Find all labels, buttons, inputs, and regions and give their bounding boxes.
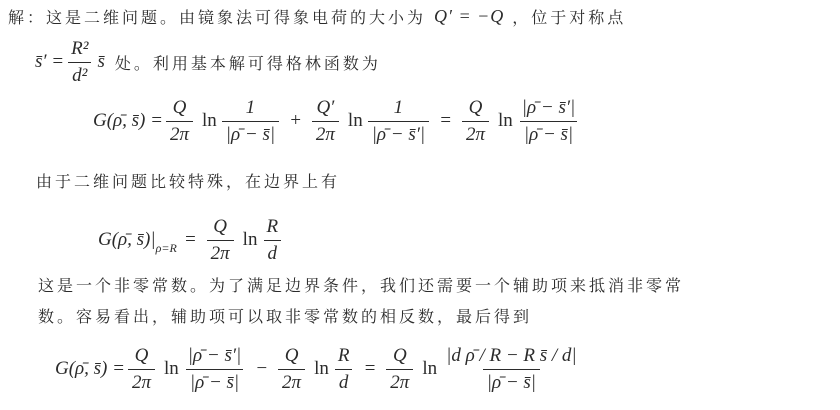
intro-text-suffix: ，位于对称点	[512, 5, 626, 28]
fraction-numerator: Q	[209, 216, 231, 240]
fraction-R2-over-d2: R² d²	[67, 38, 92, 87]
fraction-Q-over-2pi: Q 2π	[278, 345, 305, 394]
green-lhs: G(ρ̄, s̄) =	[93, 110, 163, 132]
fraction-numerator: R	[262, 216, 282, 240]
equals-operator: =	[184, 229, 197, 251]
fraction-numerator: |ρ̄ − s̄′|	[518, 97, 579, 121]
boundary-lhs-group: G(ρ̄, s̄)| ρ=R	[98, 229, 177, 251]
fraction-numerator: 1	[390, 97, 408, 121]
ln-operator: ln	[202, 110, 217, 132]
fraction-numerator: Q	[131, 345, 153, 369]
final-lhs: G(ρ̄, s̄) =	[55, 358, 125, 380]
sbar-prime-equals: s̄′ =	[35, 51, 64, 73]
paragraph-intro: 解：这是二维问题。由镜象法可得象电荷的大小为 Q′ = −Q ，位于对称点	[8, 5, 626, 28]
fraction-numerator: |ρ̄ − s̄′|	[184, 345, 245, 369]
paragraph-boundary: 由于二维问题比较特殊，在边界上有	[36, 169, 340, 192]
fraction-numerator: R	[334, 345, 354, 369]
fraction-denominator: 2π	[312, 121, 339, 146]
fraction-denominator: 2π	[128, 369, 155, 394]
fraction-numerator: Q	[281, 345, 303, 369]
fraction-final-result: |d ρ̄ / R − R s̄ / d| |ρ̄ − s̄|	[442, 345, 581, 394]
fraction-Q-over-2pi: Q 2π	[462, 97, 489, 146]
paragraph-auxiliary: 这是一个非零常数。为了满足边界条件，我们还需要一个辅助项来抵消非零常 数。容易看…	[38, 271, 684, 333]
fraction-numerator: |d ρ̄ / R − R s̄ / d|	[442, 345, 581, 369]
fraction-Qprime-over-2pi: Q′ 2π	[312, 97, 339, 146]
intro-text-prefix: 解：这是二维问题。由镜象法可得象电荷的大小为	[8, 5, 426, 28]
fraction-R-over-d: R d	[334, 345, 354, 394]
fraction-denominator: |ρ̄ − s̄|	[520, 121, 577, 146]
boundary-subscript: ρ=R	[156, 241, 177, 256]
fraction-denominator: |ρ̄ − s̄′|	[368, 121, 429, 146]
fraction-numerator: Q	[389, 345, 411, 369]
fraction-1-over-rho-minus-sprime: 1 |ρ̄ − s̄′|	[368, 97, 429, 146]
equals-operator: =	[439, 110, 452, 132]
fraction-numerator: R²	[67, 38, 92, 62]
boundary-value-formula: G(ρ̄, s̄)| ρ=R = Q 2π ln R d	[98, 216, 285, 265]
fraction-R-over-d: R d	[262, 216, 282, 265]
ln-operator: ln	[348, 110, 363, 132]
equals-operator: =	[363, 358, 376, 380]
fraction-numerator: Q′	[312, 97, 338, 121]
fraction-Q-over-2pi: Q 2π	[128, 345, 155, 394]
fraction-denominator: d²	[68, 62, 91, 87]
fraction-denominator: 2π	[207, 240, 234, 265]
ln-operator: ln	[164, 358, 179, 380]
fraction-denominator: d	[264, 240, 282, 265]
fraction-denominator: d	[335, 369, 353, 394]
fraction-Q-over-2pi: Q 2π	[166, 97, 193, 146]
ln-operator: ln	[314, 358, 329, 380]
fraction-Q-over-2pi: Q 2π	[207, 216, 234, 265]
ln-operator: ln	[498, 110, 513, 132]
auxiliary-text-line-1: 这是一个非零常数。为了满足边界条件，我们还需要一个辅助项来抵消非零常	[38, 271, 684, 302]
fraction-Q-over-2pi: Q 2π	[386, 345, 413, 394]
fraction-denominator: |ρ̄ − s̄|	[186, 369, 243, 394]
fraction-numerator: 1	[242, 97, 260, 121]
fraction-numerator: Q	[169, 97, 191, 121]
minus-operator: −	[255, 358, 268, 380]
fraction-ratio-distances: |ρ̄ − s̄′| |ρ̄ − s̄|	[184, 345, 245, 394]
boundary-lhs: G(ρ̄, s̄)|	[98, 229, 156, 251]
fraction-denominator: 2π	[278, 369, 305, 394]
green-function-formula: G(ρ̄, s̄) = Q 2π ln 1 |ρ̄ − s̄| + Q′ 2π …	[93, 97, 582, 146]
ln-operator: ln	[422, 358, 437, 380]
fraction-denominator: |ρ̄ − s̄|	[222, 121, 279, 146]
fraction-denominator: 2π	[166, 121, 193, 146]
fraction-denominator: |ρ̄ − s̄|	[483, 369, 540, 394]
ln-operator: ln	[243, 229, 258, 251]
plus-operator: +	[289, 110, 302, 132]
image-charge-equation: Q′ = −Q	[434, 6, 504, 27]
fraction-1-over-rho-minus-s: 1 |ρ̄ − s̄|	[222, 97, 279, 146]
symmetric-point-formula: s̄′ = R² d² s̄ 处。利用基本解可得格林函数为	[35, 38, 381, 87]
fraction-denominator: 2π	[462, 121, 489, 146]
green-function-intro-text: 处。利用基本解可得格林函数为	[115, 51, 381, 74]
fraction-ratio-distances: |ρ̄ − s̄′| |ρ̄ − s̄|	[518, 97, 579, 146]
final-green-function-formula: G(ρ̄, s̄) = Q 2π ln |ρ̄ − s̄′| |ρ̄ − s̄|…	[55, 345, 584, 394]
fraction-numerator: Q	[465, 97, 487, 121]
solution-document: 解：这是二维问题。由镜象法可得象电荷的大小为 Q′ = −Q ，位于对称点 s̄…	[0, 0, 840, 410]
fraction-denominator: 2π	[386, 369, 413, 394]
sbar-vector: s̄	[97, 51, 104, 73]
auxiliary-text-line-2: 数。容易看出，辅助项可以取非零常数的相反数，最后得到	[38, 302, 684, 333]
